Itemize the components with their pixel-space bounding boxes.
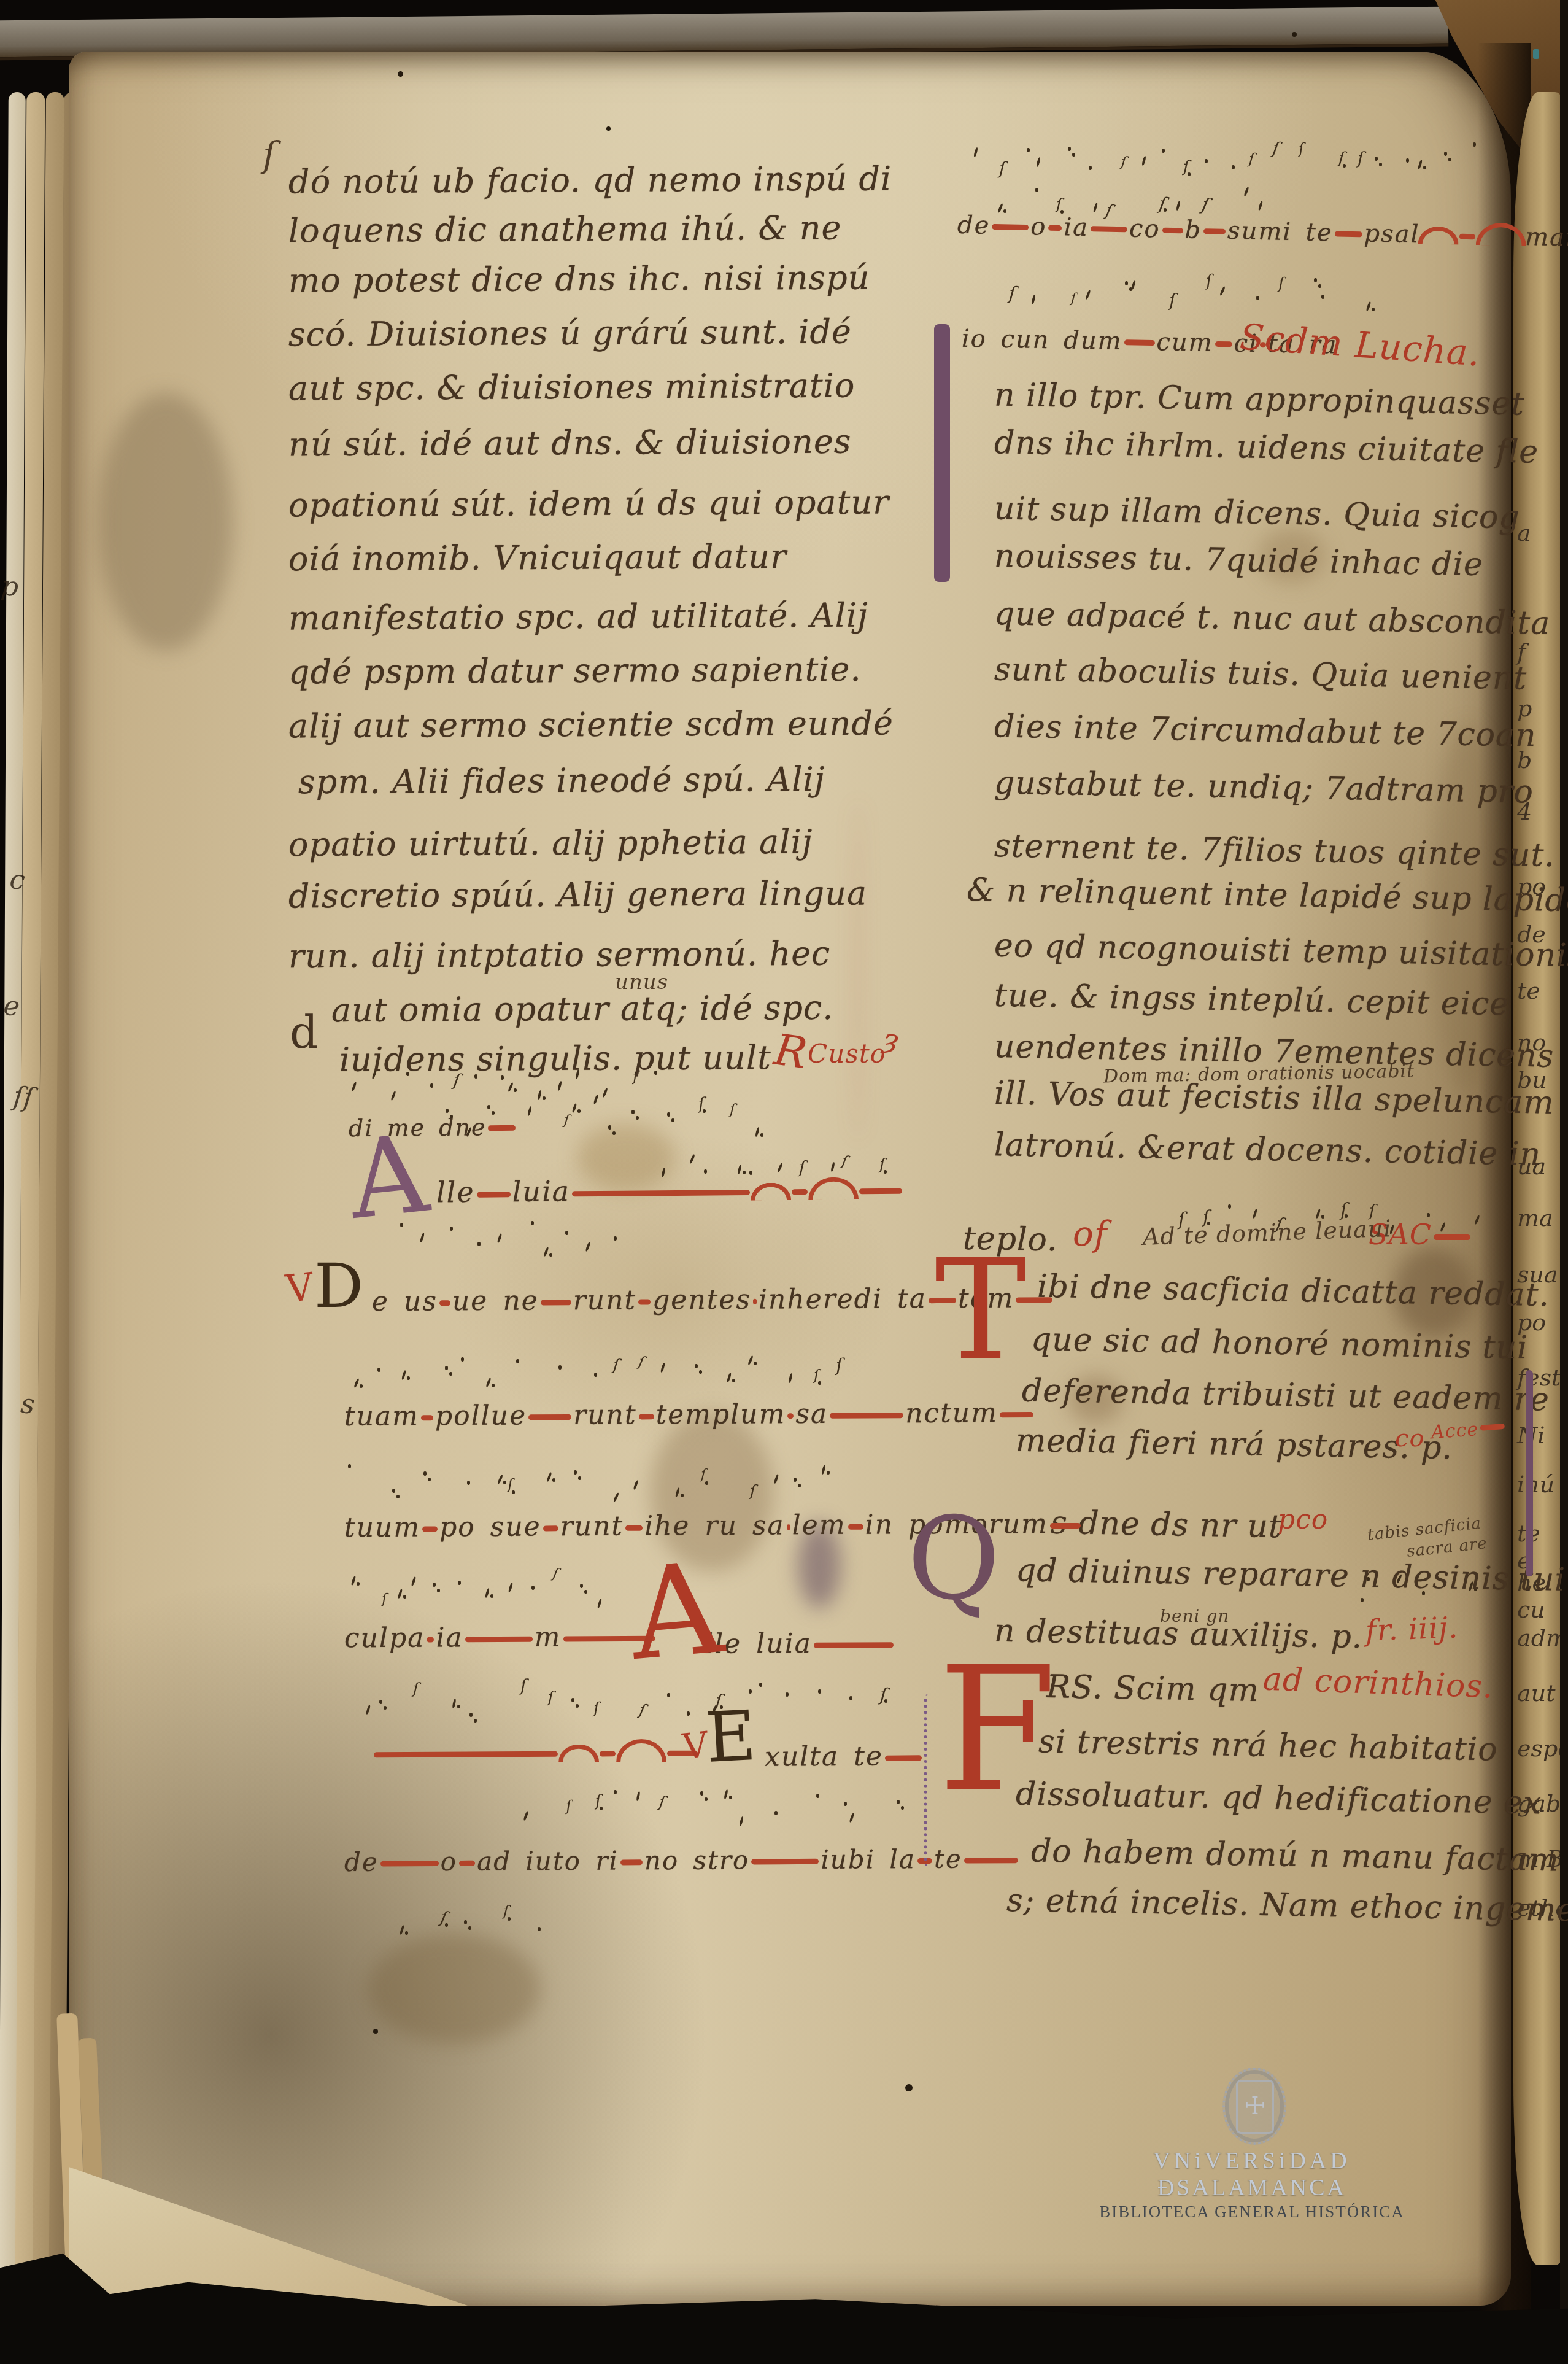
- neume-mark: ſ: [1008, 283, 1016, 305]
- neume-mark: [760, 1133, 763, 1137]
- neume-mark: [474, 1719, 477, 1723]
- music-syllable: ue ne: [452, 1285, 539, 1317]
- neume-mark: [348, 1464, 351, 1468]
- neume-mark: [543, 1246, 549, 1256]
- neume-mark: [468, 1926, 471, 1930]
- neume-mark: [1219, 286, 1226, 296]
- manuscript-text-line: dies inte 7circumdabut te 7coan: [994, 708, 1537, 754]
- music-syllable: b: [1184, 215, 1202, 244]
- manuscript-text-line: loquens dic anathema ihú. & ne: [288, 209, 842, 250]
- neume-mark: [747, 1355, 754, 1365]
- red-melisma-flourish: [1476, 222, 1527, 246]
- neume-mark: ſ: [412, 1680, 419, 1697]
- neume-mark: [1072, 153, 1075, 157]
- neume-mark: ſ: [551, 1566, 559, 1583]
- neume-mark: [400, 1925, 404, 1935]
- manuscript-text-line: opationú sút. idem ú ds qui opatur: [288, 482, 889, 524]
- rubric-text: R: [771, 1025, 811, 1079]
- stain: [368, 1934, 540, 2044]
- music-syllable: runt: [573, 1399, 637, 1431]
- music-syllable: tuum: [344, 1511, 420, 1543]
- red-melisma-flourish: [751, 1182, 791, 1201]
- neume-mark: [1361, 1598, 1364, 1602]
- neume-mark: [884, 1699, 887, 1703]
- manuscript-text-line: scó. Diuisiones ú grárú sunt. idé: [288, 312, 852, 354]
- manuscript-text-line: mo potest dice dns ihc. nisi inspú: [288, 258, 870, 300]
- red-extender-line: [848, 1524, 863, 1530]
- music-syllable: io cun dum: [962, 325, 1122, 356]
- neume-mark: [1036, 157, 1041, 167]
- neume-mark: [699, 1370, 702, 1374]
- neume-mark: [1372, 308, 1375, 311]
- music-syllable: tuam: [344, 1400, 419, 1432]
- neume-mark: [1314, 278, 1317, 282]
- manuscript-text-line: nouisses tu. 7quidé inhac die: [994, 538, 1484, 583]
- neume-mark: [1257, 201, 1263, 211]
- music-syllable: co: [1129, 215, 1161, 244]
- neume-mark: [754, 1362, 757, 1365]
- neume-mark: [446, 1109, 449, 1113]
- neume-mark: [1086, 290, 1091, 300]
- neume-mark: [1228, 1204, 1231, 1209]
- neume-mark: [538, 1090, 542, 1099]
- ink-speck: [606, 126, 611, 131]
- neume-mark: [849, 1696, 852, 1700]
- neume-mark: [487, 1105, 490, 1109]
- manuscript-text-line: oiá inomib. Vnicuiqaut datur: [288, 537, 787, 578]
- interlinear-note: ſ: [263, 134, 276, 176]
- neume-mark: [1035, 188, 1038, 192]
- music-syllable: xulta te: [765, 1741, 883, 1773]
- neume-mark: [496, 1233, 502, 1243]
- music-syllable: po sue: [439, 1511, 541, 1543]
- neume-mark: [365, 1704, 371, 1714]
- neume-mark: [633, 1480, 638, 1490]
- red-extender-line: [787, 1413, 794, 1419]
- neume-mark: [514, 1088, 517, 1092]
- neume-mark: [508, 1082, 514, 1092]
- neume-mark: [557, 1081, 562, 1091]
- neume-mark: [469, 1713, 473, 1717]
- neume-mark: [398, 1589, 403, 1599]
- neume-mark: ſ: [1205, 272, 1212, 290]
- neume-mark: ſ: [657, 1793, 665, 1812]
- neume-mark: [384, 1706, 387, 1710]
- music-syllable: sumi te: [1227, 217, 1333, 247]
- neume-mark: [351, 1082, 357, 1091]
- neume-mark: [636, 1791, 640, 1800]
- neume-mark: [631, 1110, 635, 1114]
- music-syllable: culpa: [344, 1622, 425, 1654]
- red-extender-line: [421, 1415, 433, 1420]
- neume-mark: ſ: [637, 1353, 646, 1371]
- red-extender-line: [1459, 234, 1475, 240]
- music-syllable: m: [535, 1621, 562, 1653]
- neume-mark: [1027, 148, 1030, 152]
- manuscript-text-line: ibi dne sacficia dicatta reddat.: [1037, 1268, 1550, 1314]
- red-extender-line: [459, 1861, 475, 1866]
- illuminated-initial: E: [704, 1705, 757, 1770]
- neume-mark: [1141, 155, 1146, 165]
- red-extender-line: [753, 1299, 757, 1304]
- red-melisma-flourish: [558, 1744, 599, 1762]
- neume-mark: [1205, 159, 1208, 163]
- neume-mark: ſ: [729, 1101, 735, 1118]
- neume-mark: [464, 1920, 467, 1924]
- neume-mark: ſ: [1200, 193, 1211, 215]
- neume-mark: ſ: [1248, 150, 1255, 168]
- red-extender-line: [427, 1637, 434, 1643]
- neume-mark: [543, 1096, 546, 1100]
- red-extender-line: [625, 1525, 643, 1531]
- red-extender-line: [439, 1300, 450, 1306]
- music-text-line: lleluia: [436, 1172, 905, 1209]
- ink-speck: [1292, 32, 1297, 37]
- watermark-library-line: BIBLIOTECA GENERAL HISTÓRICA: [1092, 2203, 1412, 2222]
- illuminated-initial: V: [284, 1269, 315, 1306]
- neume-mark: [777, 1162, 783, 1172]
- neume-mark: [849, 1813, 855, 1823]
- illuminated-initial: F: [938, 1653, 1057, 1807]
- neume-mark: [1418, 160, 1423, 169]
- interlinear-note: unus: [615, 970, 668, 994]
- music-syllable: no stro: [644, 1845, 750, 1875]
- music-syllable: runt: [560, 1511, 624, 1543]
- neume-mark: [788, 1373, 792, 1382]
- neume-mark: [1125, 281, 1128, 285]
- neume-mark: ſ: [701, 1466, 706, 1482]
- edge-text-fragment: p: [0, 570, 20, 603]
- neume-mark: [1176, 201, 1181, 211]
- red-extender-line: [992, 224, 1029, 230]
- music-text-line: [372, 1736, 700, 1769]
- red-extender-line: [638, 1300, 651, 1305]
- neume-mark: [576, 1704, 579, 1708]
- neume-mark: [1243, 187, 1249, 196]
- red-extender-line: [572, 1190, 750, 1197]
- decor-bar: [924, 1694, 931, 1866]
- neume-mark: [449, 1372, 452, 1376]
- music-syllable: psal: [1364, 220, 1420, 249]
- rubric-text: ad corinthios.: [1262, 1661, 1494, 1705]
- neume-mark: [558, 1365, 562, 1370]
- neume-mark: [574, 1470, 577, 1475]
- neume-mark: [1031, 295, 1036, 304]
- illuminated-initial: T: [935, 1249, 1027, 1373]
- neume-mark: [401, 1370, 406, 1380]
- watermark-university-line2: ÐSALAMANCA: [1092, 2174, 1412, 2201]
- rubric-text: ȝ: [881, 1021, 902, 1057]
- neume-mark: [818, 1381, 821, 1385]
- ink-speck: [373, 2029, 378, 2034]
- neume-mark: ſ: [749, 1482, 755, 1500]
- neume-mark: [403, 1595, 406, 1599]
- neume-mark: ſ: [593, 1699, 600, 1717]
- music-text-line: xulta te: [765, 1740, 924, 1772]
- neume-mark: [492, 1384, 495, 1387]
- edge-text-fragment: e: [2, 990, 21, 1023]
- neume-mark: ſ: [565, 1797, 571, 1815]
- red-extender-line: [639, 1414, 654, 1419]
- neume-mark: [503, 1481, 506, 1484]
- neume-mark: [1343, 164, 1346, 168]
- red-extender-line: [1334, 231, 1362, 238]
- neume-mark: [844, 1802, 847, 1806]
- decor-bar: [934, 324, 950, 582]
- neume-mark: [614, 1790, 617, 1794]
- manuscript-text-line: que sic ad honoré nominis tui: [1031, 1321, 1529, 1366]
- neume-mark: [1253, 1208, 1258, 1218]
- music-syllable: runt: [573, 1285, 637, 1317]
- neume-mark: [830, 1162, 835, 1172]
- neume-mark: ſ: [1299, 140, 1305, 157]
- neume-mark: [695, 1364, 698, 1368]
- manuscript-text-line: si trestris nrá hec habitatio: [1038, 1723, 1499, 1768]
- neume-mark: [897, 1800, 900, 1804]
- neume-mark: [523, 1811, 529, 1821]
- music-syllable: e us: [372, 1285, 438, 1317]
- manuscript-photo: afpb4podetenobuuamasuapofesteNiihúte ehe…: [0, 0, 1568, 2364]
- music-syllable: o: [1030, 212, 1047, 241]
- neume-mark: [687, 1711, 690, 1716]
- neume-mark: [613, 1492, 620, 1502]
- red-extender-line: [488, 1125, 516, 1131]
- red-extender-line: [465, 1637, 533, 1643]
- neume-mark: [360, 1384, 363, 1388]
- music-text-line: lle luia: [705, 1627, 895, 1660]
- neume-mark: ſ: [1121, 153, 1127, 170]
- page-content-layer: ſſſſſſſſſſſſſſſſſſſſſſſſſſſſſſſſſſſſſſſſ…: [0, 0, 1568, 2364]
- neume-mark: [594, 1373, 597, 1377]
- neume-mark: [1406, 158, 1409, 163]
- neume-mark: [1448, 158, 1451, 161]
- neume-mark: [602, 1088, 608, 1098]
- watermark-university-line1: VNiVERSiDAD: [1092, 2147, 1412, 2174]
- neume-mark: [608, 1125, 611, 1130]
- music-text-line: deoad iuto rino stroiubi late: [344, 1843, 1020, 1877]
- neume-mark: [450, 1227, 453, 1231]
- red-extender-line: [885, 1755, 922, 1761]
- neume-mark: ſ: [836, 1355, 843, 1376]
- neume-mark: [571, 1698, 574, 1702]
- manuscript-text-line: iuidens singulis. put uult: [339, 1038, 771, 1079]
- music-syllable: ad iuto ri: [477, 1846, 619, 1877]
- red-extender-line: [374, 1751, 558, 1758]
- neume-mark: [600, 1807, 603, 1810]
- manuscript-text-line: s; etná incelis. Nam ethoc ingeme: [1006, 1882, 1568, 1929]
- rubric-text: fr. iiij.: [1365, 1610, 1459, 1648]
- neume-mark: [798, 1484, 801, 1487]
- neume-mark: [392, 1489, 395, 1493]
- neume-mark: [497, 1475, 503, 1484]
- neume-mark: [660, 1362, 665, 1372]
- neume-mark: [477, 1242, 481, 1246]
- neume-mark: [727, 1373, 732, 1382]
- neume-mark: [1232, 165, 1235, 169]
- neume-mark: [430, 1083, 433, 1088]
- music-text-line: tuampolluerunttemplumsanctum: [344, 1397, 1035, 1432]
- red-extender-line: [1434, 1234, 1470, 1240]
- neume-mark: [818, 1689, 821, 1694]
- neume-mark: [597, 1599, 603, 1608]
- neume-mark: [821, 1465, 826, 1475]
- illuminated-initial: D: [314, 1258, 363, 1314]
- red-extender-line: [1124, 339, 1154, 346]
- neume-mark: [774, 1811, 778, 1815]
- red-extender-line: [477, 1192, 511, 1197]
- neume-mark: [705, 1797, 708, 1801]
- neume-mark: [490, 1594, 493, 1598]
- manuscript-text-line: aut omia opatur atq; idé spc.: [331, 988, 834, 1029]
- neume-mark: [1444, 152, 1447, 156]
- red-melisma-flourish: [1418, 226, 1459, 244]
- neume-mark: [732, 1379, 735, 1382]
- music-syllable: gentes: [652, 1284, 751, 1316]
- neume-mark: ſ: [1278, 274, 1284, 292]
- music-syllable: o: [441, 1847, 458, 1877]
- neume-mark: [612, 1131, 616, 1135]
- neume-mark: [1068, 147, 1071, 151]
- neume-mark: ſ: [1272, 138, 1281, 158]
- neume-mark: [390, 1091, 396, 1101]
- red-extender-line: [1162, 228, 1183, 234]
- music-syllable: sa: [795, 1398, 828, 1430]
- rubric-text: pco: [1278, 1504, 1328, 1535]
- manuscript-text-line: nú sút. idé aut dns. & diuisiones: [288, 422, 852, 464]
- red-extender-line: [1480, 1424, 1505, 1431]
- neume-mark: [636, 1116, 639, 1120]
- neume-mark: [786, 1692, 789, 1697]
- manuscript-text-line: uit sup illam dicens. Quia sicog: [994, 490, 1521, 537]
- neume-mark: [1365, 301, 1371, 311]
- manuscript-text-line: tue. & ingss inteplú. cepit eice: [994, 977, 1510, 1023]
- red-extender-line: [814, 1642, 894, 1648]
- manuscript-text-line: RS. Scim qm: [1046, 1668, 1260, 1709]
- neume-mark: [350, 1576, 356, 1586]
- neume-mark: [377, 1368, 380, 1372]
- red-extender-line: [422, 1526, 438, 1532]
- neume-mark: [774, 1474, 779, 1484]
- neume-mark: ſ: [638, 1701, 647, 1720]
- neume-mark: [485, 1588, 490, 1598]
- neume-mark: [407, 1376, 410, 1380]
- music-syllable: pollue: [435, 1400, 527, 1432]
- neume-mark: ſ: [1070, 290, 1076, 306]
- neume-mark: [508, 1917, 511, 1921]
- stain: [98, 393, 233, 651]
- neume-mark: [1474, 1215, 1480, 1225]
- ink-speck: [398, 71, 403, 77]
- university-seal-icon: ☩: [1222, 2068, 1286, 2145]
- neume-mark: ſ: [1357, 148, 1364, 168]
- neume-mark: [593, 1095, 598, 1104]
- rubric-text: of: [1073, 1214, 1107, 1254]
- neume-mark: [512, 1490, 515, 1494]
- neume-mark: [1427, 1213, 1430, 1217]
- neume-mark: [445, 1366, 448, 1370]
- neume-mark: [759, 1683, 762, 1687]
- neume-mark: [396, 1495, 400, 1498]
- neume-mark: [445, 1923, 448, 1927]
- seal-crest-icon: ☩: [1236, 2080, 1274, 2134]
- red-extender-line: [620, 1859, 643, 1865]
- neume-mark: [552, 1478, 555, 1482]
- neume-mark: [724, 1789, 728, 1799]
- neume-mark: [1089, 166, 1092, 170]
- neume-mark: [357, 1582, 360, 1586]
- red-extender-line: [1203, 228, 1226, 234]
- manuscript-text-line: opatio uirtutú. alij pphetia alij: [288, 823, 813, 864]
- neume-mark: [467, 1481, 470, 1485]
- interlinear-note: beni gn: [1160, 1606, 1229, 1626]
- neume-mark: [578, 1476, 581, 1480]
- music-syllable: de: [957, 211, 991, 240]
- manuscript-text-line: dns ihc ihrlm. uidens ciuitate fle: [994, 424, 1539, 470]
- neume-mark: ſ: [520, 1676, 527, 1695]
- manuscript-text-line: aut spc. & diuisiones ministratio: [288, 366, 855, 408]
- illuminated-initial: Q: [905, 1505, 1003, 1612]
- manuscript-text-line: run. alij intptatio sermonú. hec: [288, 934, 831, 976]
- music-syllable: inheredi ta: [759, 1283, 927, 1315]
- manuscript-text-line: dissoluatur. qd hedificatione ex: [1016, 1776, 1542, 1822]
- neume-mark: [901, 1806, 904, 1810]
- neume-mark: [549, 1253, 552, 1257]
- music-syllable: lem: [792, 1509, 846, 1541]
- red-extender-line: [543, 1525, 558, 1531]
- neume-mark: [405, 1931, 408, 1935]
- illuminated-initial: d: [290, 1013, 318, 1053]
- music-syllable: lle: [436, 1176, 475, 1209]
- music-syllable: templum: [655, 1398, 786, 1430]
- manuscript-text-line: manifestatio spc. ad utilitaté. Alij: [288, 596, 868, 638]
- music-syllable: ia: [1064, 213, 1089, 242]
- red-melisma-flourish: [808, 1177, 859, 1200]
- neume-mark: [1423, 166, 1426, 169]
- neume-mark: [379, 1700, 382, 1704]
- neume-mark: [749, 1689, 752, 1694]
- neume-mark: [667, 1693, 670, 1697]
- red-extender-line: [1050, 1523, 1081, 1529]
- neume-mark: [577, 1109, 581, 1113]
- stain: [856, 798, 860, 1142]
- red-extender-line: [792, 1189, 808, 1195]
- neume-mark: [527, 1106, 532, 1116]
- illuminated-initial: A: [626, 1552, 727, 1673]
- neume-mark: [703, 1109, 706, 1113]
- manuscript-text-line: alij aut sermo scientie scdm eundé: [288, 703, 894, 745]
- neume-mark: ſ: [612, 1355, 620, 1374]
- neume-mark: [1162, 149, 1165, 153]
- neume-mark: [816, 1794, 819, 1798]
- rubric-text: Acce: [1431, 1417, 1507, 1443]
- neume-mark: [428, 1478, 431, 1481]
- library-watermark: ☩ VNiVERSiDAD ÐSALAMANCA BIBLIOTECA GENE…: [1092, 2038, 1412, 2222]
- music-syllable: nctum: [905, 1397, 998, 1429]
- music-text-line: deoiacobsumi tepsalman: [957, 211, 1568, 254]
- neume-mark: [671, 1118, 674, 1122]
- manuscript-text-line: qd diuinus reparare n desinis tui: [1016, 1552, 1566, 1599]
- neume-mark: [700, 1791, 703, 1796]
- neume-mark: [353, 1378, 360, 1388]
- neume-mark: ſ: [999, 158, 1006, 179]
- neume-mark: [1092, 203, 1098, 212]
- neume-mark: [423, 1471, 427, 1476]
- neume-mark: [1164, 208, 1167, 212]
- neume-mark: [458, 1581, 461, 1585]
- neume-mark: [508, 1582, 514, 1592]
- neume-mark: [546, 1471, 552, 1481]
- red-extender-line: [830, 1413, 903, 1419]
